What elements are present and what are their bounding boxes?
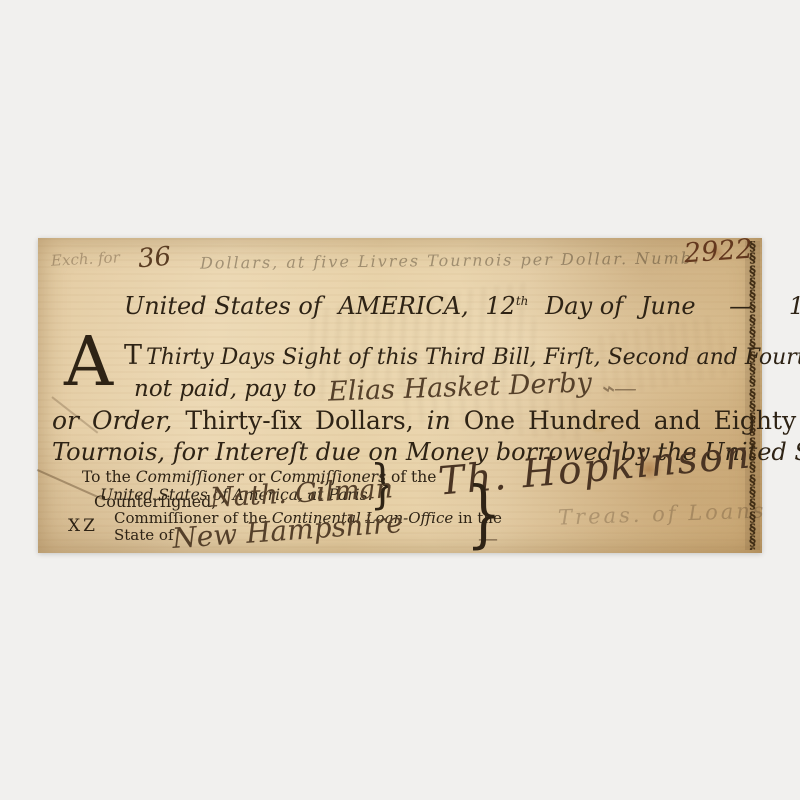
country-name: AMERICA, [338, 292, 468, 320]
body-line-3: or Order, Thirty-ſix Dollars, in One Hun… [52, 406, 800, 435]
payee-name-handwritten: Elias Hasket Derby [328, 367, 593, 407]
to-the-label: To the [82, 468, 131, 486]
in-label: in [427, 406, 451, 435]
payee-flourish-dash: ⌁— [600, 376, 637, 402]
amount-words: Thirty-ſix Dollars, [185, 406, 413, 435]
month-name: June [641, 292, 696, 320]
pay-to-label: not paid, pay to [134, 376, 316, 402]
exchange-for-label: Exch. for [51, 248, 121, 270]
plate-mark: XZ [68, 516, 98, 536]
body-line-1-text: Thirty Days Sight of this Third Bill, Fi… [146, 345, 800, 370]
drop-cap-letter: A [64, 334, 113, 392]
date-prefix: United States of [124, 292, 322, 320]
decorative-border-ornament: § § § § § § § § § § § § § § § § § § § § … [745, 241, 760, 550]
or-order-label: or Order, [52, 406, 172, 435]
body-line-1: TThirty Days Sight of this Third Bill, F… [124, 340, 800, 371]
day-number: 12 [485, 292, 516, 320]
treasurer-of-loans-caption: Treas. of Loans [558, 498, 767, 529]
countersign-brace: } [466, 472, 502, 557]
amount-numeral-handwritten: 36 [137, 242, 173, 275]
year-number: 1 7 8 0 [789, 292, 800, 320]
day-ordinal-suffix: th [516, 294, 529, 308]
serial-number-handwritten: 2922 [683, 234, 754, 270]
date-line: United States of AMERICA, 12th Day of Ju… [124, 292, 800, 320]
state-of-label: State of [114, 526, 174, 544]
printed-serial-line: Dollars, at five Livres Tournois per Dol… [200, 248, 700, 272]
day-of-label: Day of [545, 292, 623, 320]
of-the-label: of the [391, 468, 436, 486]
bill-of-exchange-document: Exch. for 36 Dollars, at five Livres Tou… [38, 238, 762, 553]
cap-t: T [124, 340, 142, 371]
body-line-2: not paid, pay toElias Hasket Derby⌁— [134, 372, 637, 403]
